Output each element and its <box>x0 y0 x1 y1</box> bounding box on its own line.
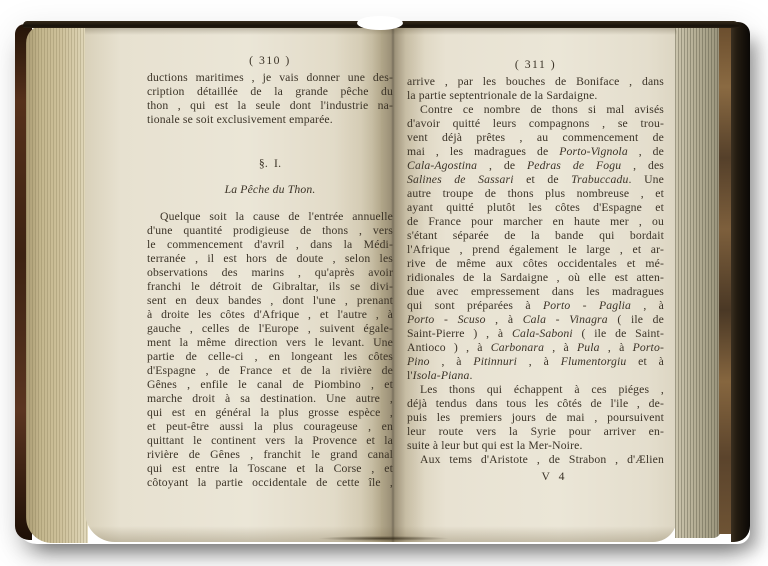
text-line: côtoyant la partie occidentale de cette … <box>147 476 393 490</box>
text-line: arrive , par les bouches de Boniface , d… <box>407 75 664 89</box>
text-line: autre troupe de thons plus nombreuse , e… <box>407 187 664 201</box>
right-page: ( 311 ) arrive , par les bouches de Boni… <box>381 24 677 542</box>
text-line: l'Afrique , prend également le large , e… <box>407 243 664 257</box>
text-line: franchi le détroit de Gibraltar, ils se … <box>147 280 393 294</box>
text-line: ayant quitté plutôt les côtes d'Espagne … <box>407 201 664 215</box>
text-line: Salines de Sassari et de Trabuccadu. Une <box>407 173 664 187</box>
text-line: thon , qui est la seule dont l'industrie… <box>147 99 393 113</box>
open-pages: ( 310 ) ductions maritimes , je vais don… <box>85 24 677 542</box>
text-line: vent déjà prêtes , au commencement de <box>407 131 664 145</box>
left-page-lines: ductions maritimes , je vais donner une … <box>147 71 393 490</box>
text-line: ment la même direction vers le levant. U… <box>147 336 393 350</box>
text-line: ridionales de la Sardaigne , où elle est… <box>407 271 664 285</box>
text-line: quittant le continent vers la Provence e… <box>147 434 393 448</box>
signature-mark: V 4 <box>407 470 664 484</box>
right-page-text: ( 311 ) arrive , par les bouches de Boni… <box>407 58 664 484</box>
left-page-text: ( 310 ) ductions maritimes , je vais don… <box>147 54 393 490</box>
text-line: le commencement d'avril , dans la Médi- <box>147 238 393 252</box>
page-number-left: ( 310 ) <box>147 54 393 68</box>
text-line: gauche , celles de l'Europe , suivent ég… <box>147 322 393 336</box>
text-line: Aux tems d'Aristote , de Strabon , d'Æli… <box>407 453 664 467</box>
text-line: sent en deux bandes , dont l'une , prena… <box>147 294 393 308</box>
text-line: rive de même aux côtes occidentales et m… <box>407 257 664 271</box>
open-book: ( 310 ) ductions maritimes , je vais don… <box>15 22 750 544</box>
text-line: terranée , il est hors de doute , selon … <box>147 252 393 266</box>
text-line: Porto - Scuso , à Cala - Vinagra ( ile d… <box>407 313 664 327</box>
right-page-edges <box>675 26 721 538</box>
text-line: de France pour marcher en haute mer , ou <box>407 215 664 229</box>
text-line: Quelque soit la cause de l'entrée annuel… <box>147 210 393 224</box>
text-line: d'avoir quitté leurs compagnons , se tro… <box>407 117 664 131</box>
text-line: qui est entre la Toscane et la Corse , e… <box>147 462 393 476</box>
page-number-right: ( 311 ) <box>407 58 664 72</box>
text-line: §. I. <box>147 157 393 171</box>
text-line: Les thons qui échappent à ces piéges , <box>407 383 664 397</box>
text-line: Gênes , enfile le canal de Piombino , et <box>147 378 393 392</box>
text-line: puis les premiers jours de mai , poursui… <box>407 411 664 425</box>
text-line: cription détaillée de la grande pêche du <box>147 85 393 99</box>
text-line: tionale se soit exclusivement emparée. <box>147 113 393 127</box>
text-line: mai , les madragues de Porto-Vignola , d… <box>407 145 664 159</box>
text-line: Contre ce nombre de thons si mal avisés <box>407 103 664 117</box>
text-line: qui sont préparées à Porto - Paglia , à <box>407 299 664 313</box>
text-line: et peut-être aussi la plus courageuse , … <box>147 420 393 434</box>
text-line: La Pêche du Thon. <box>147 183 393 197</box>
text-line: Saint-Pierre ) , à Cala-Saboni ( ile de … <box>407 327 664 341</box>
text-line: suite à leur but qui est la Mer-Noire. <box>407 439 664 453</box>
text-line: ductions maritimes , je vais donner une … <box>147 71 393 85</box>
text-line: d'Espagne , de France et de la rivière d… <box>147 364 393 378</box>
text-line: rivière de Gênes , franchit le grand can… <box>147 448 393 462</box>
text-line: d'une quantité prodigieuse de thons , ve… <box>147 224 393 238</box>
text-line: Antioco ) , à Carbonara , à Pula , à Por… <box>407 341 664 355</box>
right-page-lines: arrive , par les bouches de Boniface , d… <box>407 75 664 467</box>
text-line: leur route vers la Syrie pour arriver en… <box>407 425 664 439</box>
text-line: marche droit à sa destination. Une autre… <box>147 392 393 406</box>
text-line: Cala-Agostina , de Pedras de Fogu , des <box>407 159 664 173</box>
text-line: la partie septentrionale de la Sardaigne… <box>407 89 664 103</box>
photo-background: ( 310 ) ductions maritimes , je vais don… <box>0 0 768 566</box>
gutter-bottom-crease <box>318 536 450 541</box>
text-line: observations des marins , qu'après avoir <box>147 266 393 280</box>
text-line: s'étant séparée de la bande qui bordait <box>407 229 664 243</box>
text-line: l'Isola-Piana. <box>407 369 664 383</box>
gutter-top-notch <box>357 16 403 30</box>
text-line: due avec empressement dans les madragues <box>407 285 664 299</box>
left-page: ( 310 ) ductions maritimes , je vais don… <box>85 24 381 542</box>
left-page-fore-edge <box>26 25 88 543</box>
book-cover-right <box>731 22 750 542</box>
text-line: à droite les côtes d'Afrique , et l'autr… <box>147 308 393 322</box>
text-line: déjà tendus dans tous les côtés de l'ile… <box>407 397 664 411</box>
text-line: partie de celle-ci , en longeant les côt… <box>147 350 393 364</box>
text-line: qui est en général la plus grosse espèce… <box>147 406 393 420</box>
text-line: Pino , à Pitinnuri , à Flumentorgiu et à <box>407 355 664 369</box>
